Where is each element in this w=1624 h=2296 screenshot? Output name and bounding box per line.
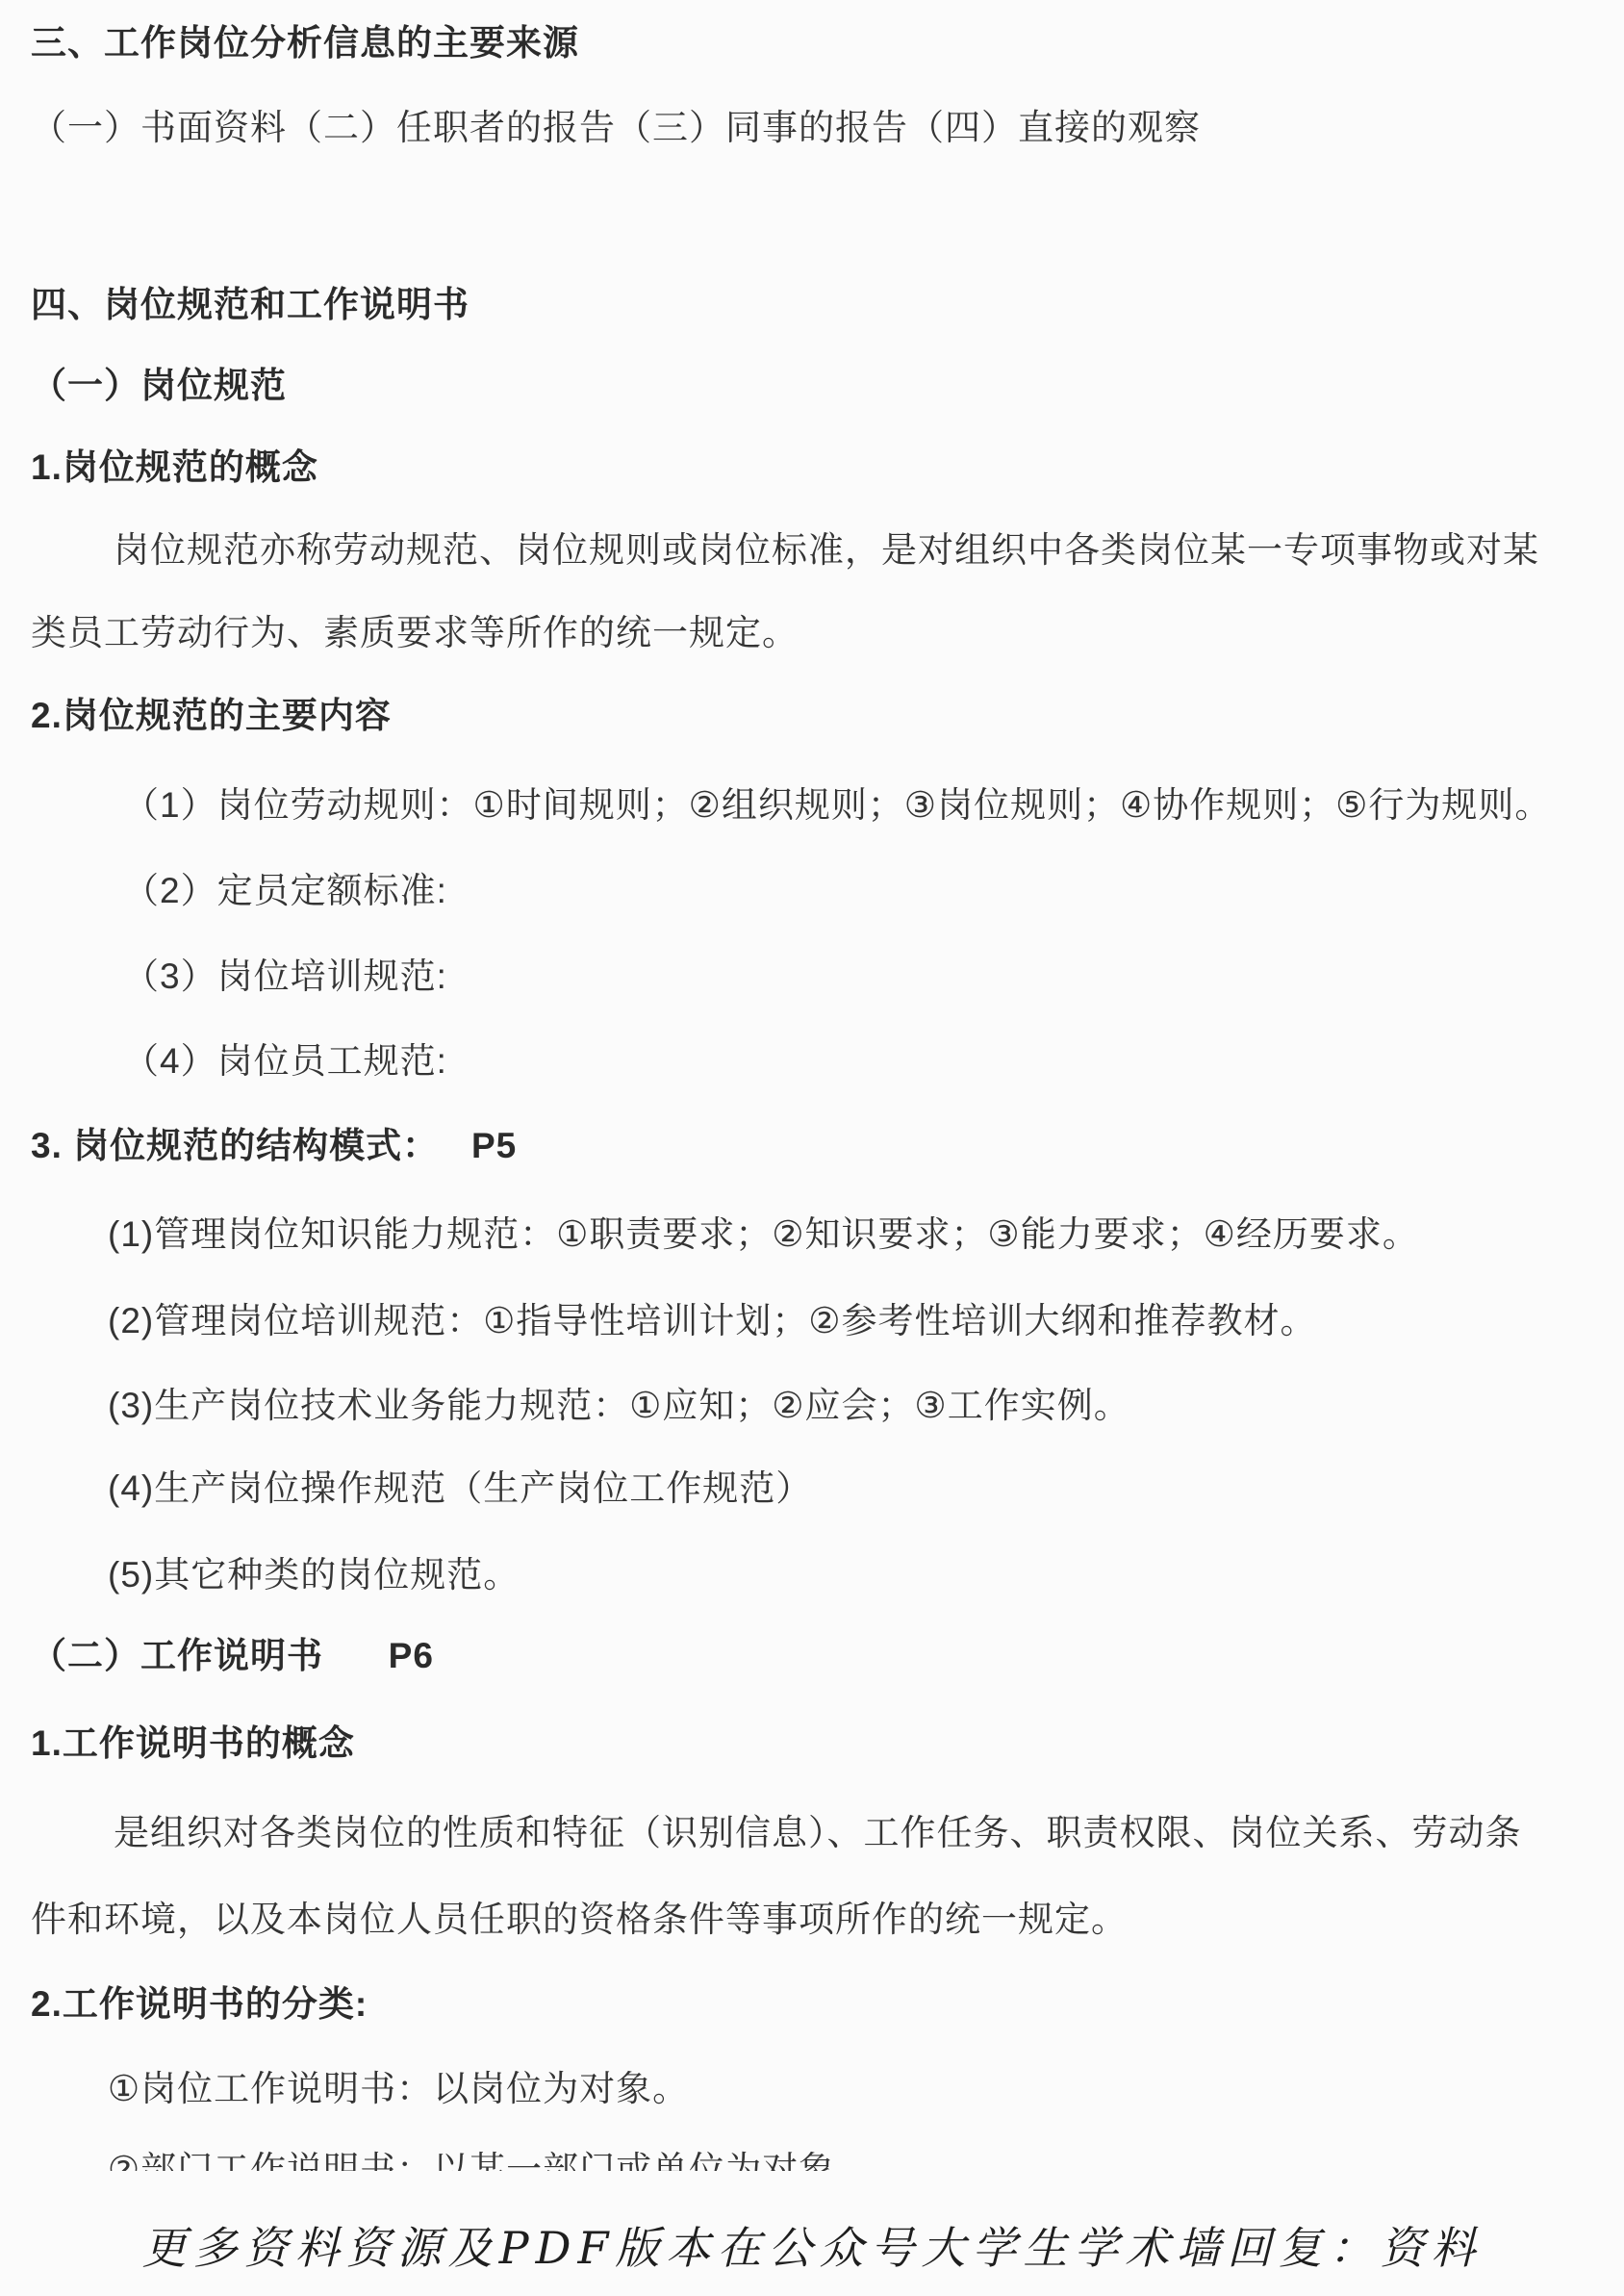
- item-prod-operation: (4)生产岗位操作规范（生产岗位工作规范）: [108, 1467, 812, 1511]
- para-jd-def-line1: 是组织对各类岗位的性质和特征（识别信息）、工作任务、职责权限、岗位关系、劳动条: [114, 1811, 1522, 1855]
- footer-promo-note: 更多资料资源及PDF版本在公众号大学生学术墙回复：资料: [139, 2213, 1485, 2277]
- item-jd-post: ①岗位工作说明书：以岗位为对象。: [108, 2067, 689, 2111]
- item-employee-spec: （4）岗位员工规范:: [123, 1039, 447, 1084]
- item-training-spec: （3）岗位培训规范:: [123, 955, 447, 999]
- heading-spec-content: 2.岗位规范的主要内容: [31, 694, 392, 738]
- heading-spec-concept: 1.岗位规范的概念: [31, 446, 318, 490]
- subheading-job-description: （二）工作说明书 P6: [31, 1634, 434, 1678]
- item-prod-skill: (3)生产岗位技术业务能力规范：①应知；②应会；③工作实例。: [108, 1384, 1130, 1428]
- subheading-post-spec: （一）岗位规范: [31, 364, 287, 408]
- heading-jd-concept: 1.工作说明书的概念: [31, 1722, 355, 1766]
- item-labor-rules: （1）岗位劳动规则：①时间规则；②组织规则；③岗位规则；④协作规则；⑤行为规则。: [123, 783, 1551, 828]
- para-spec-def-line2: 类员工劳动行为、素质要求等所作的统一规定。: [31, 611, 799, 655]
- item-staffing-quota: （2）定员定额标准:: [123, 869, 447, 913]
- item-other-specs: (5)其它种类的岗位规范。: [108, 1553, 520, 1597]
- line-source-items: （一）书面资料（二）任职者的报告（三）同事的报告（四）直接的观察: [31, 106, 1201, 150]
- item-mgmt-knowledge: (1)管理岗位知识能力规范：①职责要求；②知识要求；③能力要求；④经历要求。: [108, 1212, 1419, 1257]
- heading-spec-structure: 3. 岗位规范的结构模式： P5: [31, 1124, 517, 1168]
- para-jd-def-line2: 件和环境，以及本岗位人员任职的资格条件等事项所作的统一规定。: [31, 1898, 1128, 1942]
- heading-4-specs: 四、岗位规范和工作说明书: [31, 283, 469, 327]
- para-spec-def-line1: 岗位规范亦称劳动规范、岗位规则或岗位标准，是对组织中各类岗位某一专项事物或对某: [114, 528, 1539, 573]
- heading-jd-types: 2.工作说明书的分类:: [31, 1982, 368, 2027]
- document-page: 三、工作岗位分析信息的主要来源 （一）书面资料（二）任职者的报告（三）同事的报告…: [0, 0, 1624, 2296]
- item-mgmt-training: (2)管理岗位培训规范：①指导性培训计划；②参考性培训大纲和推荐教材。: [108, 1299, 1317, 1343]
- heading-3-sources: 三、工作岗位分析信息的主要来源: [31, 21, 579, 65]
- footer-band: 更多资料资源及PDF版本在公众号大学生学术墙回复：资料: [0, 2171, 1624, 2296]
